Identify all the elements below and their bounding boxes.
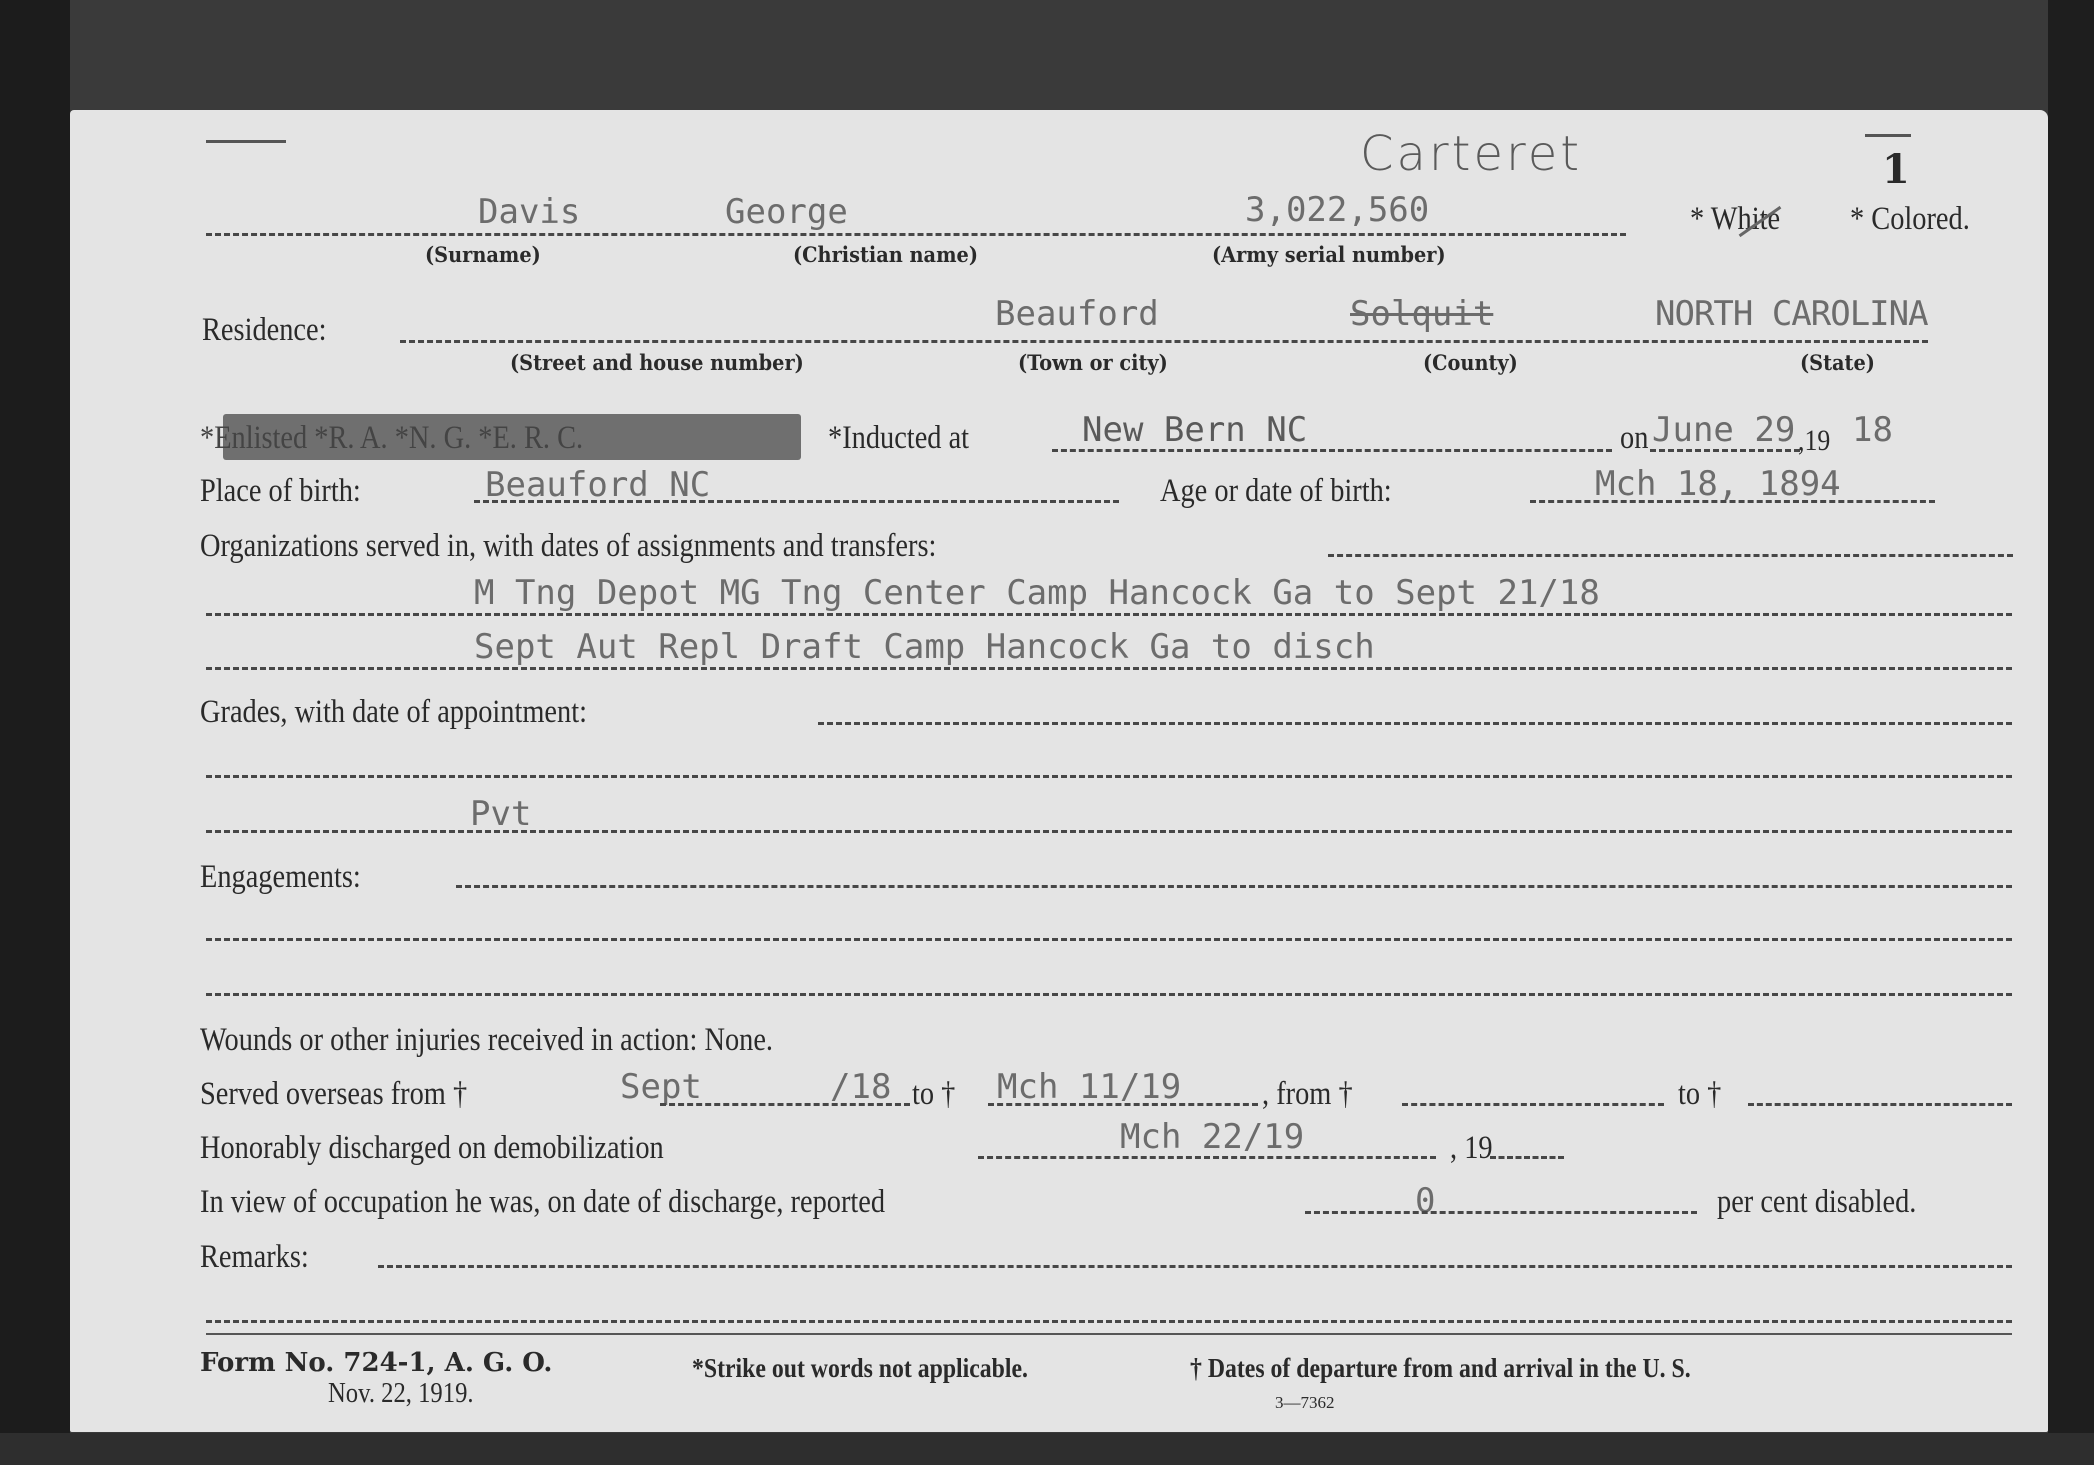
place-of-birth-value: Beauford NC: [485, 468, 710, 502]
organization-row-2-line: [206, 667, 2012, 670]
residence-state-value: NORTH CAROLINA: [1655, 297, 1928, 331]
race-white-asterisk-label: * White: [1690, 201, 1780, 237]
overseas-from-line: [660, 1103, 910, 1106]
organizations-label: Organizations served in, with dates of a…: [200, 530, 936, 563]
county-handwritten: Carteret: [1360, 130, 1582, 178]
organization-row-1-line: [206, 613, 2012, 616]
overseas-from2-line: [1402, 1103, 1664, 1106]
engagements-label: Engagements:: [200, 861, 361, 894]
inducted-year-prefix: ,19: [1798, 426, 1830, 456]
inducted-at-label: *Inducted at: [828, 422, 969, 455]
place-of-birth-line: [474, 500, 1119, 503]
engagements-header-line: [456, 885, 2012, 888]
town-caption: (Town or city): [1018, 352, 1168, 373]
grade-value: Pvt: [470, 797, 531, 831]
enlistment-options-text: *Enlisted *R. A. *N. G. *E. R. C.: [200, 422, 583, 455]
grades-header-line: [818, 722, 2012, 725]
top-left-rule: [206, 140, 286, 143]
street-caption: (Street and house number): [510, 352, 804, 373]
overseas-from-date: Sept: [620, 1070, 702, 1104]
scanner-background-right: [2048, 0, 2094, 1465]
grades-row-1-line: [206, 775, 2012, 778]
discharge-date: Mch 22/19: [1120, 1120, 1304, 1154]
disability-suffix: per cent disabled.: [1717, 1186, 1916, 1219]
overseas-to-date: Mch 11/19: [997, 1070, 1181, 1104]
organizations-header-line: [1328, 554, 2013, 557]
remarks-label: Remarks:: [200, 1241, 309, 1274]
engagements-row-1-line: [206, 938, 2012, 941]
date-of-birth-value: Mch 18, 1894: [1595, 467, 1841, 501]
overseas-to2-label: to †: [1678, 1078, 1721, 1111]
county-caption: (County): [1423, 352, 1518, 373]
disability-label: In view of occupation he was, on date of…: [200, 1186, 885, 1219]
organization-line-1: M Tng Depot MG Tng Center Camp Hancock G…: [474, 576, 1600, 610]
scanner-background-bottom: [0, 1433, 2094, 1465]
residence-town-value: Beauford: [995, 297, 1159, 331]
discharge-year-line: [1490, 1156, 1564, 1159]
date-of-birth-label: Age or date of birth:: [1160, 475, 1392, 508]
wounds-text: Wounds or other injuries received in act…: [200, 1024, 773, 1057]
christian-name-value: George: [725, 195, 848, 229]
overseas-to-line: [988, 1103, 1258, 1106]
overseas-to2-line: [1748, 1103, 2012, 1106]
discharge-year-label: , 19: [1450, 1132, 1493, 1165]
inducted-date-value: June 29: [1652, 413, 1795, 447]
discharge-label: Honorably discharged on demobilization: [200, 1132, 664, 1165]
scanner-background-left: [0, 0, 70, 1465]
date-of-birth-line: [1530, 500, 1935, 503]
serial-caption: (Army serial number): [1212, 244, 1446, 265]
service-record-card: 1 Carteret Davis George 3,022,560 * Whit…: [70, 110, 2048, 1432]
race-colored-label: * Colored.: [1850, 203, 1970, 236]
surname-caption: (Surname): [425, 244, 541, 265]
disability-line: [1305, 1211, 1697, 1214]
footer-rule: [206, 1333, 2012, 1335]
organization-line-2: Sept Aut Repl Draft Camp Hancock Ga to d…: [474, 630, 1375, 664]
overseas-to-label: to †: [912, 1078, 955, 1111]
overseas-from2-label: , from †: [1262, 1078, 1353, 1111]
card-number: 1: [1882, 150, 1910, 190]
race-white-label: * White: [1690, 203, 1780, 236]
inducted-at-line: [1052, 449, 1612, 452]
inducted-date-line: [1650, 449, 1800, 452]
place-of-birth-label: Place of birth:: [200, 475, 361, 508]
dates-note: † Dates of departure from and arrival in…: [1190, 1355, 1691, 1382]
discharge-date-line: [978, 1156, 1436, 1159]
remarks-line-2: [206, 1320, 2012, 1323]
state-caption: (State): [1800, 352, 1875, 373]
grades-row-2-line: [206, 830, 2012, 833]
print-code: 3—7362: [1275, 1394, 1335, 1411]
served-overseas-label: Served overseas from †: [200, 1078, 467, 1111]
christian-name-caption: (Christian name): [793, 244, 978, 265]
army-serial-value: 3,022,560: [1245, 193, 1429, 227]
residence-county-struck-value: Solquit: [1350, 297, 1493, 331]
form-date: Nov. 22, 1919.: [328, 1380, 474, 1408]
overseas-from-year: /18: [830, 1070, 891, 1104]
form-number: Form No. 724-1, A. G. O.: [200, 1350, 553, 1376]
strike-out-note: *Strike out words not applicable.: [692, 1355, 1028, 1382]
grades-label: Grades, with date of appointment:: [200, 696, 587, 729]
inducted-year-suffix: 18: [1852, 413, 1893, 447]
surname-value: Davis: [478, 195, 580, 229]
inducted-at-value: New Bern NC: [1082, 413, 1307, 447]
residence-label: Residence:: [202, 314, 327, 347]
top-right-rule: [1865, 134, 1911, 137]
engagements-row-2-line: [206, 993, 2012, 996]
residence-line: [400, 340, 1928, 343]
remarks-line-1: [378, 1265, 2012, 1268]
name-row-line: [206, 233, 1626, 236]
on-label: on: [1620, 422, 1648, 455]
